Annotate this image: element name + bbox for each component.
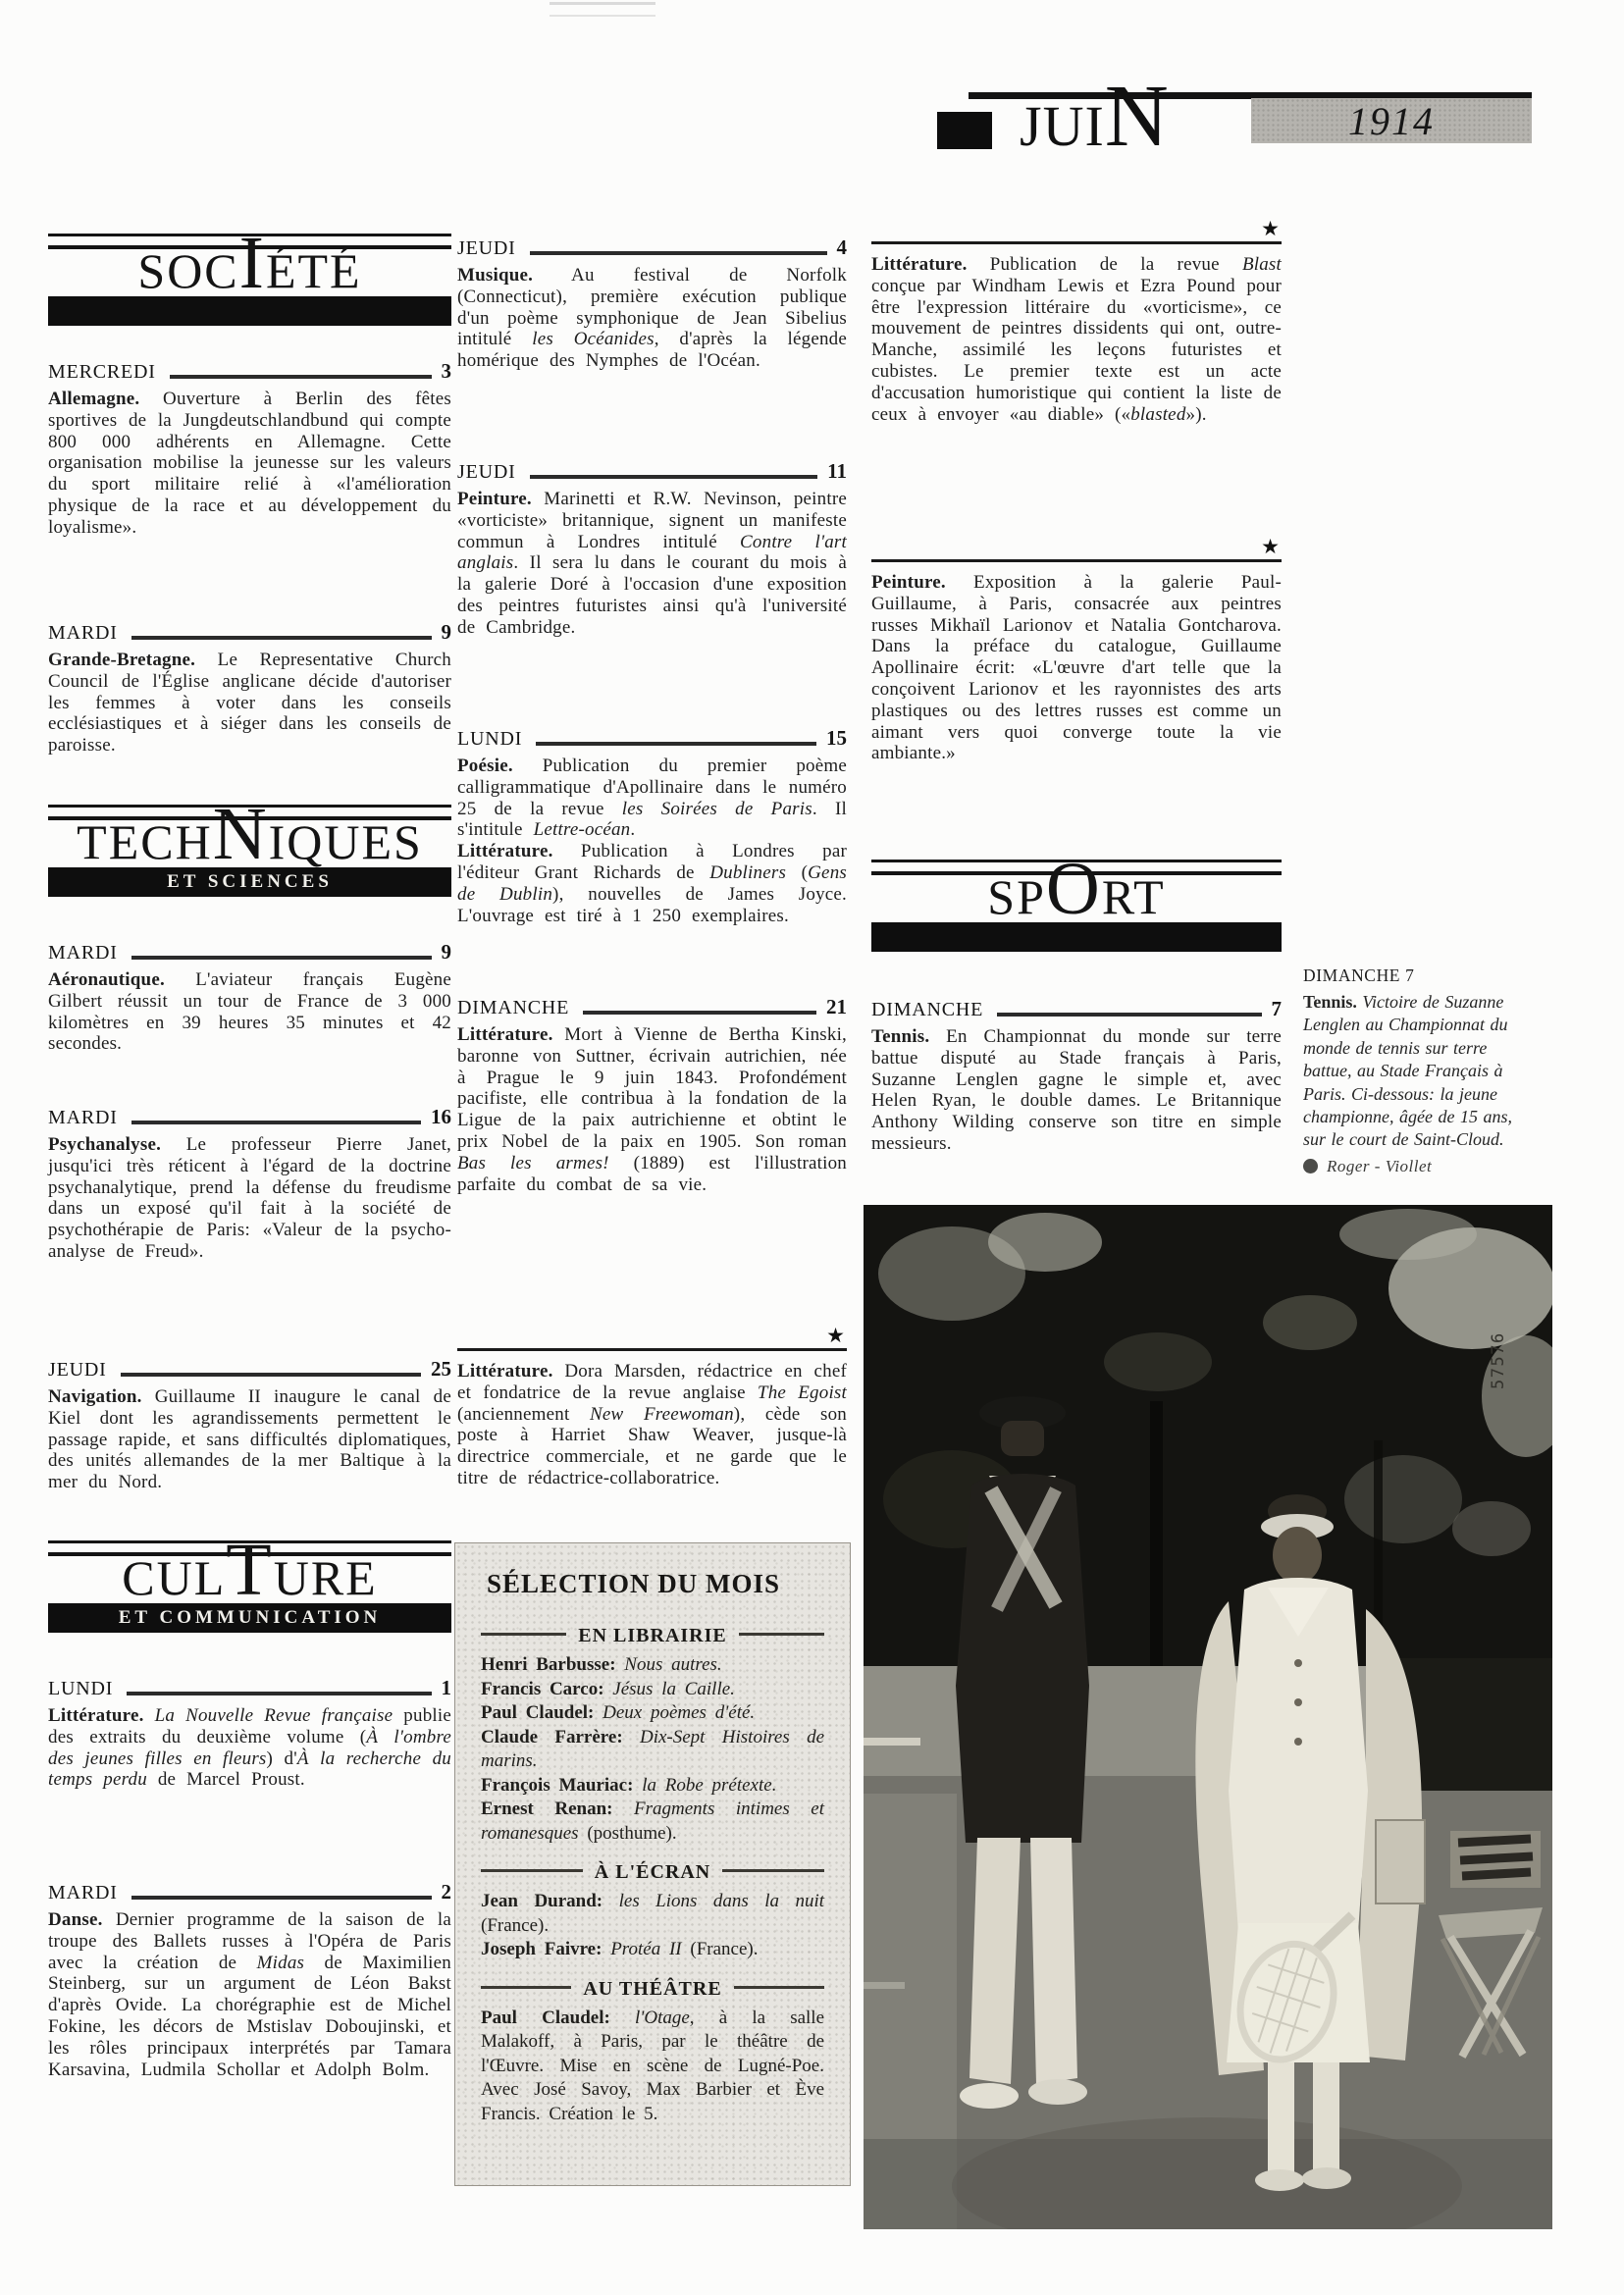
entry-header: JEUDI4 [457,235,847,260]
subhead-rule [481,1986,571,1989]
selection-items-librairie: Henri Barbusse: Nous autres. Francis Car… [481,1653,824,1846]
subhead-label: À L'ÉCRAN [595,1861,710,1884]
photo-caption-text: Tennis. Victoire de Suzanne Lenglen au C… [1303,991,1537,1152]
entry-text: Peinture. Marinetti et R.W. Nevinson, pe… [457,489,847,639]
entry-date-number: 3 [442,359,452,384]
section-title-big-letter: O [1046,848,1102,930]
selection-items-ecran: Jean Durand: les Lions dans la nuit (Fra… [481,1890,824,1962]
entry-jeudi-11: JEUDI11 Peinture. Marinetti et R.W. Nevi… [457,459,847,657]
entry-rule [131,956,432,960]
entry-rule [131,636,432,640]
selection-subhead-ecran: À L'ÉCRAN [481,1861,824,1884]
entry-text: Littérature. Mort à Vienne de Bertha Kin… [457,1024,847,1195]
entry-text: Tennis. En Championnat du monde sur terr… [871,1026,1282,1155]
entry-date-number: 1 [442,1676,452,1700]
entry-text: Littérature. La Nouvelle Revue française… [48,1705,451,1791]
selection-subhead-theatre: AU THÉÂTRE [481,1978,824,2001]
entry-date-number: 4 [837,235,848,260]
section-title-sport: SPORT [871,871,1282,918]
subhead-label: AU THÉÂTRE [583,1978,721,2001]
entry-day: JEUDI [457,461,516,484]
year-label: 1914 [1348,98,1435,144]
entry-day: JEUDI [457,237,516,260]
entry-jeudi-4: JEUDI4 Musique. Au festival de Norfolk (… [457,235,847,391]
selection-item: Francis Carco: Jésus la Caille. [481,1678,824,1702]
almanac-page: JUIN 1914 SOCIÉTÉ MERCREDI3 Allemagne. O… [0,0,1624,2295]
entry-date-number: 9 [442,940,452,965]
star-icon: ★ [826,1324,845,1348]
entry-mercredi-3: MERCREDI3 Allemagne. Ouverture à Berlin … [48,359,451,557]
section-header-societe: SOCIÉTÉ [48,234,451,326]
entry-rule: ★ [871,559,1282,562]
selection-of-the-month-box: SÉLECTION DU MOIS EN LIBRAIRIE Henri Bar… [454,1542,851,2186]
photo-caption: DIMANCHE 7 Tennis. Victoire de Suzanne L… [1303,965,1537,1176]
entry-text: Grande-Bretagne. Le Representative Churc… [48,650,451,756]
entry-day: MARDI [48,622,118,645]
entry-date-number: 7 [1272,997,1283,1021]
entry-header: LUNDI15 [457,726,847,751]
section-title-societe: SOCIÉTÉ [48,245,451,292]
section-title-part: RT [1102,869,1166,924]
year-badge: 1914 [1251,98,1532,143]
section-title-big-letter: I [239,222,266,304]
section-title-part: URE [274,1550,378,1605]
entry-day: DIMANCHE [457,997,569,1019]
entry-header: DIMANCHE21 [457,995,847,1019]
negative-number: 57576 [1489,1331,1508,1389]
selection-item: Jean Durand: les Lions dans la nuit (Fra… [481,1890,824,1938]
entry-header: MERCREDI3 [48,359,451,384]
entry-header: MARDI9 [48,940,451,965]
star-icon: ★ [1261,217,1280,241]
section-title-part: TECH [77,814,213,869]
entry-header: MARDI16 [48,1105,451,1129]
entry-day: MARDI [48,1882,118,1904]
entry-header: MARDI2 [48,1880,451,1904]
entry-lundi-1: LUNDI1 Littérature. La Nouvelle Revue fr… [48,1676,451,1809]
entry-text: Poésie. Publication du premier poème cal… [457,756,847,926]
section-title-big-letter: T [226,1529,273,1611]
column-2: JEUDI4 Musique. Au festival de Norfolk (… [457,0,847,2295]
entry-date-number: 15 [826,726,847,751]
entry-day: MARDI [48,1107,118,1129]
credit-label: Roger - Viollet [1327,1157,1432,1176]
subhead-rule [481,1869,583,1872]
selection-item: Henri Barbusse: Nous autres. [481,1653,824,1678]
entry-rule [530,475,818,479]
entry-rule [583,1011,816,1015]
entry-day: MERCREDI [48,361,156,384]
entry-mardi-9-societe: MARDI9 Grande-Bretagne. Le Representativ… [48,620,451,775]
section-subtitle: ET COMMUNICATION [119,1607,382,1629]
tennis-photo: 57576 [864,1205,1552,2229]
entry-lundi-15: LUNDI15 Poésie. Publication du premier p… [457,726,847,945]
section-title-techniques: TECHNIQUES [48,816,451,863]
subhead-rule [722,1869,824,1872]
selection-item: Claude Farrère: Dix-Sept Histoires de ma… [481,1726,824,1774]
entry-rule [997,1013,1261,1017]
section-bar: ET COMMUNICATION [48,1603,451,1633]
section-title-part: SOC [137,243,238,298]
selection-item: François Mauriac: la Robe prétexte. [481,1774,824,1799]
entry-text: Psychanalyse. Le professeur Pierre Janet… [48,1134,451,1263]
entry-text: Allemagne. Ouverture à Berlin des fêtes … [48,389,451,539]
entry-rule [131,1896,432,1900]
entry-header: JEUDI25 [48,1357,451,1382]
subhead-label: EN LIBRAIRIE [578,1625,726,1647]
entry-day: JEUDI [48,1359,107,1382]
entry-day: DIMANCHE [871,999,983,1021]
entry-rule [536,742,816,746]
entry-date-number: 25 [431,1357,451,1382]
selection-item: Joseph Faivre: Protéa II (France). [481,1938,824,1962]
entry-date-number: 16 [431,1105,451,1129]
section-header-sport: SPORT [871,860,1282,952]
section-subtitle: ET SCIENCES [167,871,333,893]
entry-rule: ★ [457,1348,847,1351]
subhead-rule [481,1633,566,1636]
entry-day: LUNDI [48,1678,113,1700]
entry-text: Littérature. Publication de la revue Bla… [871,254,1282,425]
entry-rule [131,1121,421,1124]
entry-day: LUNDI [457,728,522,751]
entry-dimanche-7: DIMANCHE7 Tennis. En Championnat du mond… [871,997,1282,1174]
entry-text: Littérature. Dora Marsden, rédactrice en… [457,1361,847,1489]
section-title-part: IQUES [269,814,423,869]
section-header-culture: CULTURE ET COMMUNICATION [48,1540,451,1633]
photo-credit: Roger - Viollet [1303,1157,1537,1176]
entry-text: Navigation. Guillaume II inaugure le can… [48,1386,451,1493]
selection-item: Paul Claudel: Deux poèmes d'été. [481,1701,824,1726]
entry-header: LUNDI1 [48,1676,451,1700]
entry-date-number: 2 [442,1880,452,1904]
entry-date-number: 9 [442,620,452,645]
section-title-big-letter: N [213,793,269,875]
section-bar: ET SCIENCES [48,867,451,897]
section-title-part: ÉTÉ [266,243,362,298]
entry-starred-larionov: ★ Peinture. Exposition à la galerie Paul… [871,559,1282,783]
selection-item: Paul Claudel: l'Otage, à la salle Malako… [481,2007,824,2127]
entry-header: MARDI9 [48,620,451,645]
subhead-rule [734,1986,824,1989]
entry-mardi-16: MARDI16 Psychanalyse. Le professeur Pier… [48,1105,451,1281]
entry-text: Peinture. Exposition à la galerie Paul-G… [871,572,1282,764]
entry-text: Musique. Au festival de Norfolk (Connect… [457,265,847,372]
entry-dimanche-21: DIMANCHE21 Littérature. Mort à Vienne de… [457,995,847,1214]
subhead-rule [739,1633,824,1636]
entry-header: DIMANCHE7 [871,997,1282,1021]
entry-mardi-2: MARDI2 Danse. Dernier programme de la sa… [48,1880,451,2099]
section-header-techniques: TECHNIQUES ET SCIENCES [48,805,451,897]
selection-subhead-librairie: EN LIBRAIRIE [481,1625,824,1647]
credit-dot-icon [1303,1159,1318,1174]
entry-text: Danse. Dernier programme de la saison de… [48,1909,451,2080]
entry-rule: ★ [871,241,1282,244]
entry-starred-marsden: ★ Littérature. Dora Marsden, rédactrice … [457,1348,847,1508]
photo-caption-title: DIMANCHE 7 [1303,965,1537,986]
section-title-part: SP [987,869,1046,924]
entry-rule [530,251,827,255]
column-1: SOCIÉTÉ MERCREDI3 Allemagne. Ouverture à… [48,0,451,2295]
entry-jeudi-25: JEUDI25 Navigation. Guillaume II inaugur… [48,1357,451,1512]
section-title-culture: CULTURE [48,1552,451,1599]
entry-mardi-9-techniques: MARDI9 Aéronautique. L'aviateur français… [48,940,451,1073]
entry-date-number: 11 [827,459,847,484]
entry-starred-blast: ★ Littérature. Publication de la revue B… [871,241,1282,443]
selection-item: Ernest Renan: Fragments intimes et roman… [481,1798,824,1846]
entry-header: JEUDI11 [457,459,847,484]
selection-items-theatre: Paul Claudel: l'Otage, à la salle Malako… [481,2007,824,2127]
star-icon: ★ [1261,535,1280,559]
entry-rule [170,375,432,379]
entry-text: Aéronautique. L'aviateur français Eugène… [48,969,451,1055]
section-title-part: CUL [122,1550,226,1605]
selection-title: SÉLECTION DU MOIS [487,1569,824,1599]
entry-day: MARDI [48,942,118,965]
entry-rule [127,1692,431,1695]
entry-date-number: 21 [826,995,847,1019]
entry-rule [121,1373,421,1377]
